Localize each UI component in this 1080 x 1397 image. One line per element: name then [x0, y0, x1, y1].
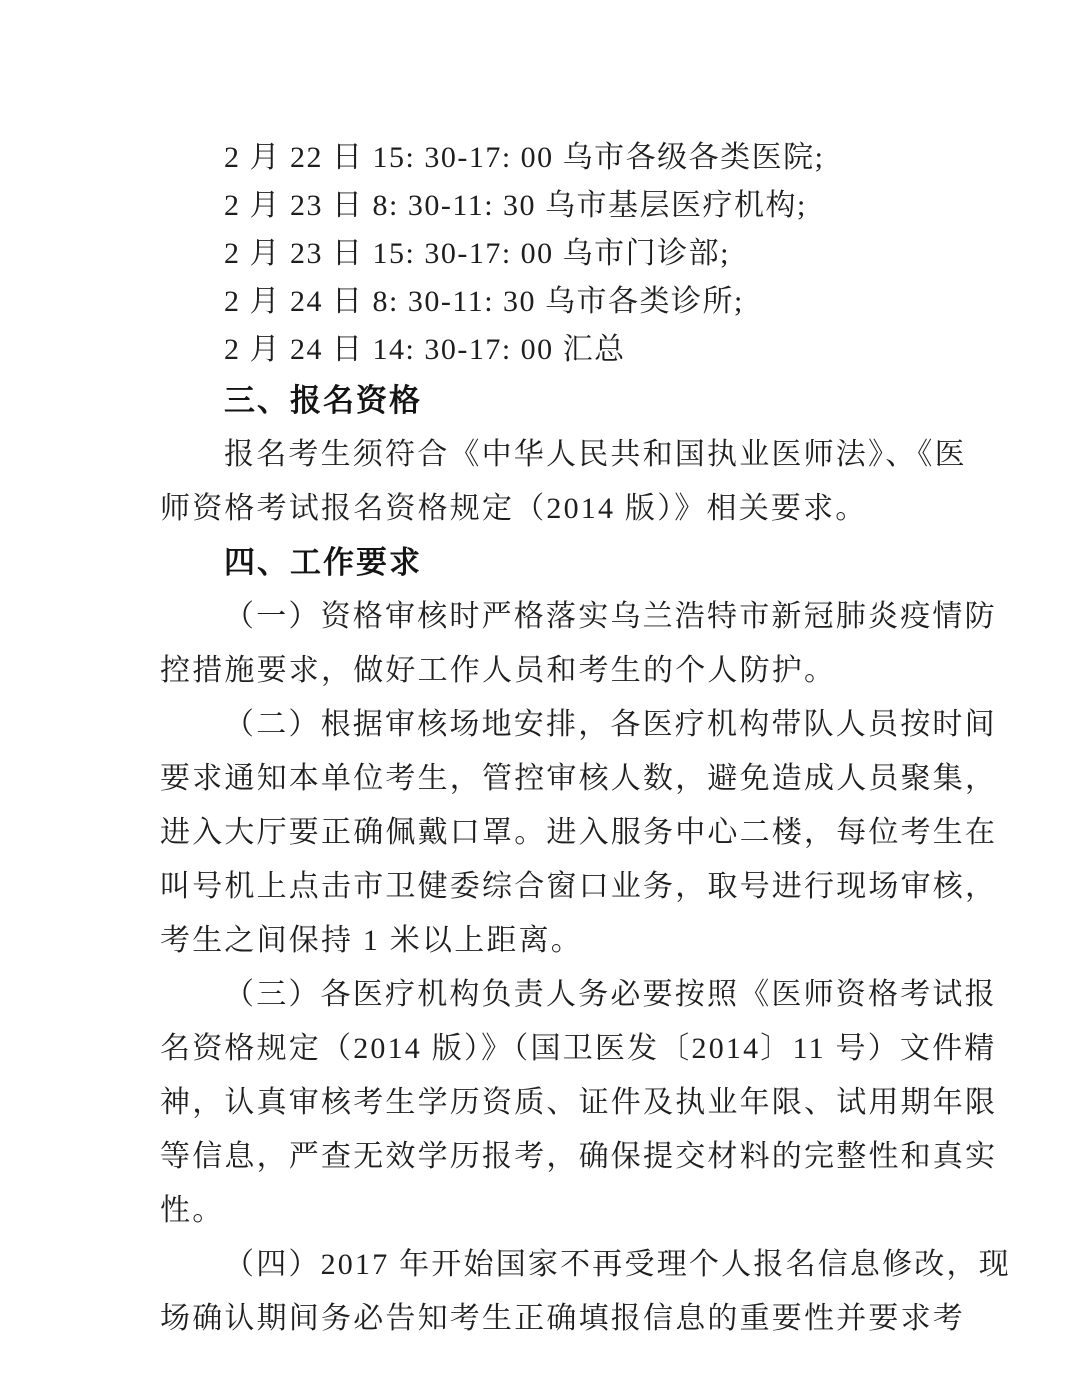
- text-line-4: 2 月 24 日 8: 30-11: 30 乌市各类诊所;: [160, 278, 922, 326]
- text-line-16: 考生之间保持 1 米以上距离。: [160, 914, 922, 968]
- text-line-9: 四、工作要求: [160, 536, 922, 590]
- text-line-10: （一）资格审核时严格落实乌兰浩特市新冠肺炎疫情防: [160, 590, 922, 644]
- text-line-11: 控措施要求，做好工作人员和考生的个人防护。: [160, 644, 922, 698]
- text-line-7: 报名考生须符合《中华人民共和国执业医师法》、《医: [160, 428, 922, 482]
- text-line-22: （四）2017 年开始国家不再受理个人报名信息修改，现: [160, 1238, 922, 1292]
- text-line-14: 进入大厅要正确佩戴口罩。进入服务中心二楼，每位考生在: [160, 806, 922, 860]
- text-line-6: 三、报名资格: [160, 374, 922, 428]
- text-line-18: 名资格规定（2014 版）》（国卫医发〔2014〕11 号）文件精: [160, 1022, 922, 1076]
- document-body: 2 月 22 日 15: 30-17: 00 乌市各级各类医院;2 月 23 日…: [160, 134, 922, 1346]
- text-line-1: 2 月 22 日 15: 30-17: 00 乌市各级各类医院;: [160, 134, 922, 182]
- text-line-3: 2 月 23 日 15: 30-17: 00 乌市门诊部;: [160, 230, 922, 278]
- text-line-12: （二）根据审核场地安排，各医疗机构带队人员按时间: [160, 698, 922, 752]
- text-line-23: 场确认期间务必告知考生正确填报信息的重要性并要求考: [160, 1292, 922, 1346]
- text-line-21: 性。: [160, 1184, 922, 1238]
- text-line-20: 等信息，严查无效学历报考，确保提交材料的完整性和真实: [160, 1130, 922, 1184]
- text-line-19: 神，认真审核考生学历资质、证件及执业年限、试用期年限: [160, 1076, 922, 1130]
- text-line-13: 要求通知本单位考生，管控审核人数，避免造成人员聚集，: [160, 752, 922, 806]
- text-line-17: （三）各医疗机构负责人务必要按照《医师资格考试报: [160, 968, 922, 1022]
- text-line-15: 叫号机上点击市卫健委综合窗口业务，取号进行现场审核，: [160, 860, 922, 914]
- text-line-8: 师资格考试报名资格规定（2014 版）》相关要求。: [160, 482, 922, 536]
- document-page: 2 月 22 日 15: 30-17: 00 乌市各级各类医院;2 月 23 日…: [0, 0, 1080, 1397]
- text-line-2: 2 月 23 日 8: 30-11: 30 乌市基层医疗机构;: [160, 182, 922, 230]
- text-line-5: 2 月 24 日 14: 30-17: 00 汇总: [160, 326, 922, 374]
